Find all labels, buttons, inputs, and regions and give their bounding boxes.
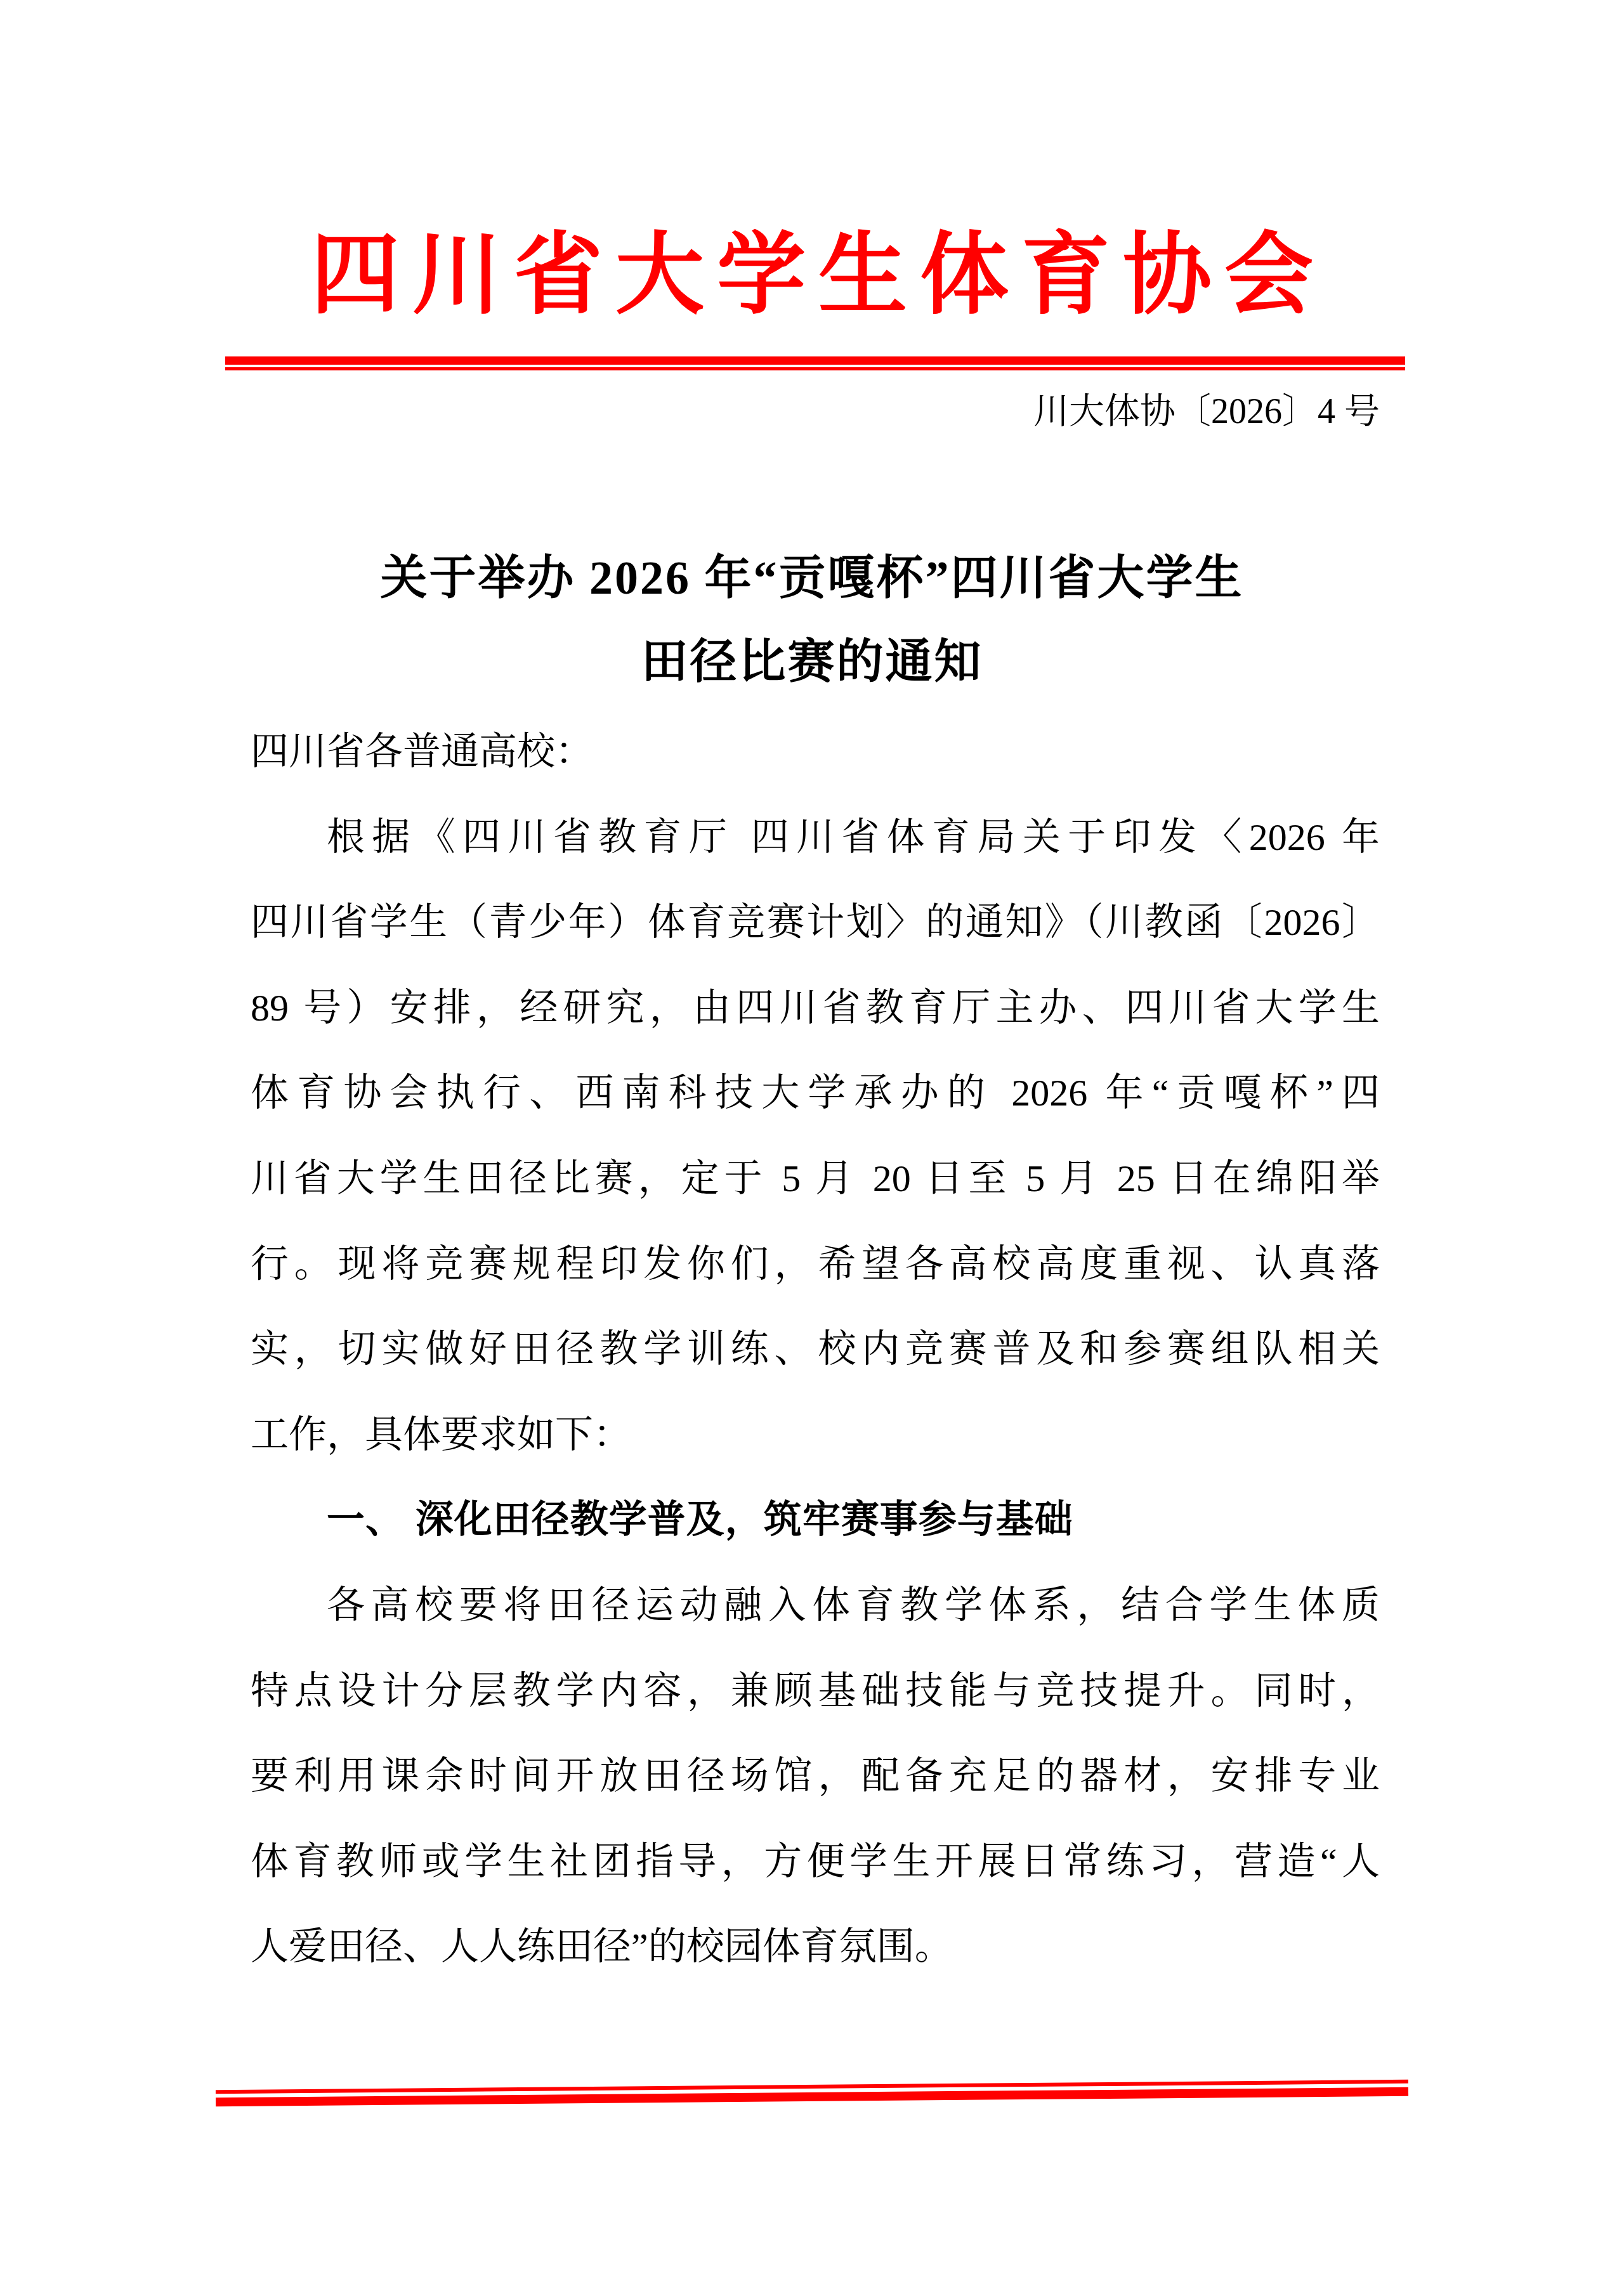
body-line: 要利用课余时间开放田径场馆，配备充足的器材，安排专业 [251, 1733, 1380, 1819]
header-rule-thin-line [225, 367, 1405, 370]
doc-number: 川大体协〔2026〕4 号 [251, 383, 1380, 440]
org-title: 四川省大学生体育协会 [0, 222, 1624, 330]
body-line: 各高校要将田径运动融入体育教学体系，结合学生体质 [251, 1563, 1380, 1648]
doc-title-line2: 田径比赛的通知 [0, 620, 1624, 704]
footer-rule [216, 2080, 1408, 2106]
document-page: { "page": { "background": "#ffffff", "ac… [0, 0, 1624, 2296]
body-line: 人爱田径、人人练田径”的校园体育氛围。 [251, 1904, 1380, 1990]
body-line: 川省大学生田径比赛，定于 5 月 20 日至 5 月 25 日在绵阳举 [251, 1136, 1380, 1222]
body-line: 工作，具体要求如下： [251, 1392, 1380, 1478]
header-rule [225, 356, 1405, 370]
body-line-salutation: 四川省各普通高校： [251, 709, 1380, 795]
body-line: 实，切实做好田径教学训练、校内竞赛普及和参赛组队相关 [251, 1307, 1380, 1392]
body-line: 行。现将竞赛规程印发你们，希望各高校高度重视、认真落 [251, 1222, 1380, 1307]
doc-title: 关于举办 2026 年“贡嘎杯”四川省大学生 田径比赛的通知 [0, 537, 1624, 704]
body-line: 根据《四川省教育厅 四川省体育局关于印发〈2026 年 [251, 795, 1380, 880]
document-body: 四川省各普通高校： 根据《四川省教育厅 四川省体育局关于印发〈2026 年 四川… [251, 709, 1380, 1990]
body-line: 体育教师或学生社团指导，方便学生开展日常练习，营造“人 [251, 1819, 1380, 1905]
body-line: 特点设计分层教学内容，兼顾基础技能与竞技提升。同时， [251, 1648, 1380, 1734]
header-rule-thick-line [225, 356, 1405, 365]
section-heading: 一、 深化田径教学普及，筑牢赛事参与基础 [251, 1477, 1380, 1563]
body-line: 四川省学生（青少年）体育竞赛计划〉的通知》（川教函〔2026〕 [251, 880, 1380, 965]
body-line: 体育协会执行、西南科技大学承办的 2026 年“贡嘎杯”四 [251, 1050, 1380, 1136]
body-line: 89 号）安排，经研究，由四川省教育厅主办、四川省大学生 [251, 965, 1380, 1051]
doc-title-line1: 关于举办 2026 年“贡嘎杯”四川省大学生 [0, 537, 1624, 620]
